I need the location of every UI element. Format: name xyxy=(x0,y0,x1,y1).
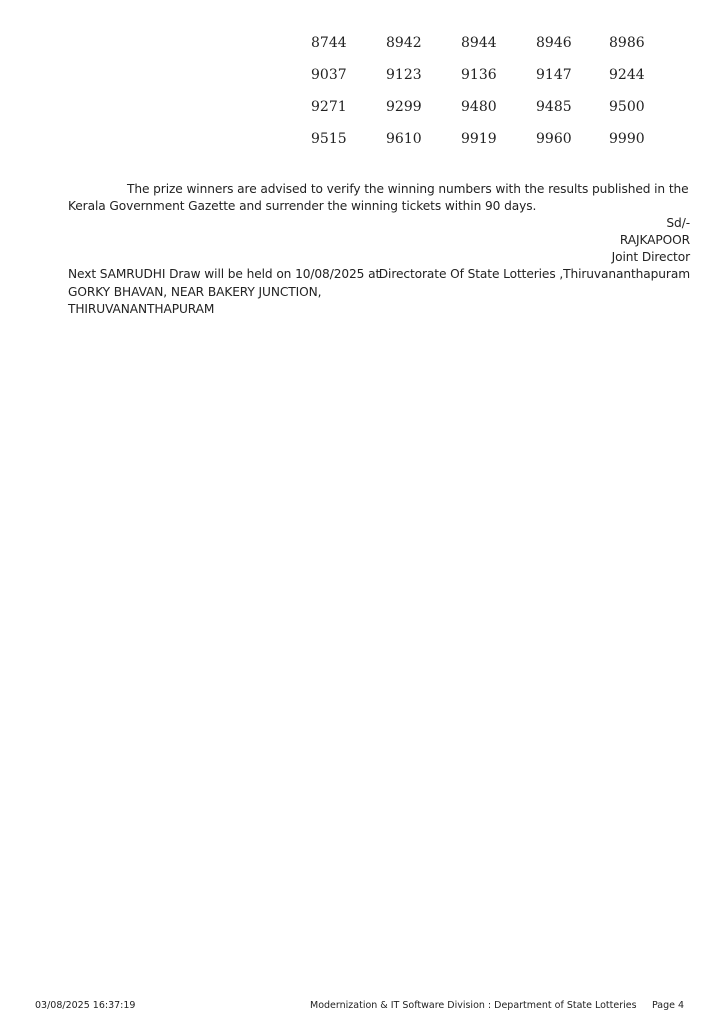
number-row: 8744 8942 8944 8946 8986 xyxy=(311,27,684,59)
winning-number: 9271 xyxy=(311,99,386,115)
next-draw-line-3: THIRUVANANTHAPURAM xyxy=(68,301,398,319)
footer-page-number: Page 4 xyxy=(652,1000,684,1011)
winning-number: 9990 xyxy=(609,131,684,147)
winning-number: 9147 xyxy=(536,67,609,83)
next-draw-line-1: Next SAMRUDHI Draw will be held on 10/08… xyxy=(68,266,398,284)
footer-division: Modernization & IT Software Division : D… xyxy=(310,1000,637,1011)
winning-number: 9244 xyxy=(609,67,684,83)
prize-notice: The prize winners are advised to verify … xyxy=(68,181,690,215)
winning-number: 9037 xyxy=(311,67,386,83)
number-row: 9271 9299 9480 9485 9500 xyxy=(311,91,684,123)
signatory-name: RAJKAPOOR xyxy=(620,232,690,249)
winning-number: 9299 xyxy=(386,99,461,115)
winning-number: 8946 xyxy=(536,35,609,51)
winning-number: 8942 xyxy=(386,35,461,51)
signatory-designation: Joint Director xyxy=(612,249,690,266)
winning-number: 8944 xyxy=(461,35,536,51)
winning-numbers-grid: 8744 8942 8944 8946 8986 9037 9123 9136 … xyxy=(311,27,684,155)
winning-number: 9480 xyxy=(461,99,536,115)
prize-notice-text: The prize winners are advised to verify … xyxy=(68,182,689,213)
winning-number: 9500 xyxy=(609,99,684,115)
next-draw-line-2: GORKY BHAVAN, NEAR BAKERY JUNCTION, xyxy=(68,284,398,302)
winning-number: 9123 xyxy=(386,67,461,83)
signature-sd: Sd/- xyxy=(666,215,690,232)
winning-number: 9919 xyxy=(461,131,536,147)
footer-timestamp: 03/08/2025 16:37:19 xyxy=(35,1000,135,1011)
signatory-office: Directorate Of State Lotteries ,Thiruvan… xyxy=(379,266,690,283)
number-row: 9515 9610 9919 9960 9990 xyxy=(311,123,684,155)
winning-number: 9610 xyxy=(386,131,461,147)
winning-number: 8744 xyxy=(311,35,386,51)
number-row: 9037 9123 9136 9147 9244 xyxy=(311,59,684,91)
winning-number: 9515 xyxy=(311,131,386,147)
winning-number: 8986 xyxy=(609,35,684,51)
next-draw-info: Next SAMRUDHI Draw will be held on 10/08… xyxy=(68,266,398,319)
winning-number: 9960 xyxy=(536,131,609,147)
winning-number: 9485 xyxy=(536,99,609,115)
winning-number: 9136 xyxy=(461,67,536,83)
